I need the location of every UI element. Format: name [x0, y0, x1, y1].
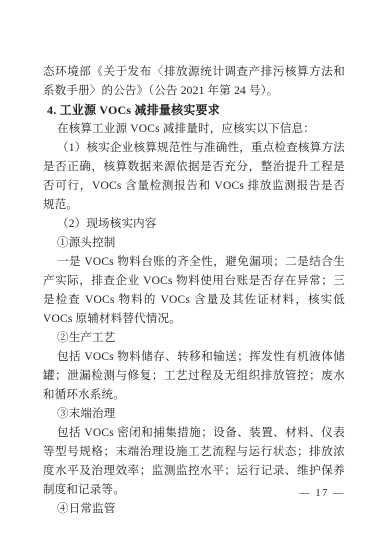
paragraph-item-2-onsite-verification: （2）现场核实内容 [43, 215, 345, 234]
subitem-3-end-treatment: ③末端治理 [43, 405, 345, 424]
subitem-1-source-control: ①源头控制 [43, 234, 345, 253]
paragraph-production-process-detail: 包括 VOCs 物料储存、转移和输送；挥发性有机液体储罐；泄漏检测与修复；工艺过… [43, 348, 345, 405]
paragraph-item-1-accounting-check: （1）核实企业核算规范性与准确性，重点检查核算方法是否正确，核算数据来源依据是否… [43, 139, 345, 215]
subitem-2-production-process: ②生产工艺 [43, 329, 345, 348]
subitem-4-daily-supervision: ④日常监管 [43, 500, 345, 519]
section-4-heading: 4. 工业源 VOCs 减排量核实要求 [43, 101, 345, 120]
paragraph-source-control-detail: 一是 VOCs 物料台账的齐全性，避免漏项；二是结合生产实际，排查企业 VOCs… [43, 253, 345, 329]
paragraph-verify-info: 在核算工业源 VOCs 减排量时，应核实以下信息： [43, 120, 345, 139]
document-page: 态环境部《关于发布〈排放源统计调查产排污核算方法和系数手册〉的公告》（公告 20… [0, 0, 390, 551]
intro-continuation-paragraph: 态环境部《关于发布〈排放源统计调查产排污核算方法和系数手册〉的公告》（公告 20… [43, 63, 345, 101]
page-number: — 17 — [299, 488, 345, 499]
document-content: 态环境部《关于发布〈排放源统计调查产排污核算方法和系数手册〉的公告》（公告 20… [43, 63, 345, 519]
